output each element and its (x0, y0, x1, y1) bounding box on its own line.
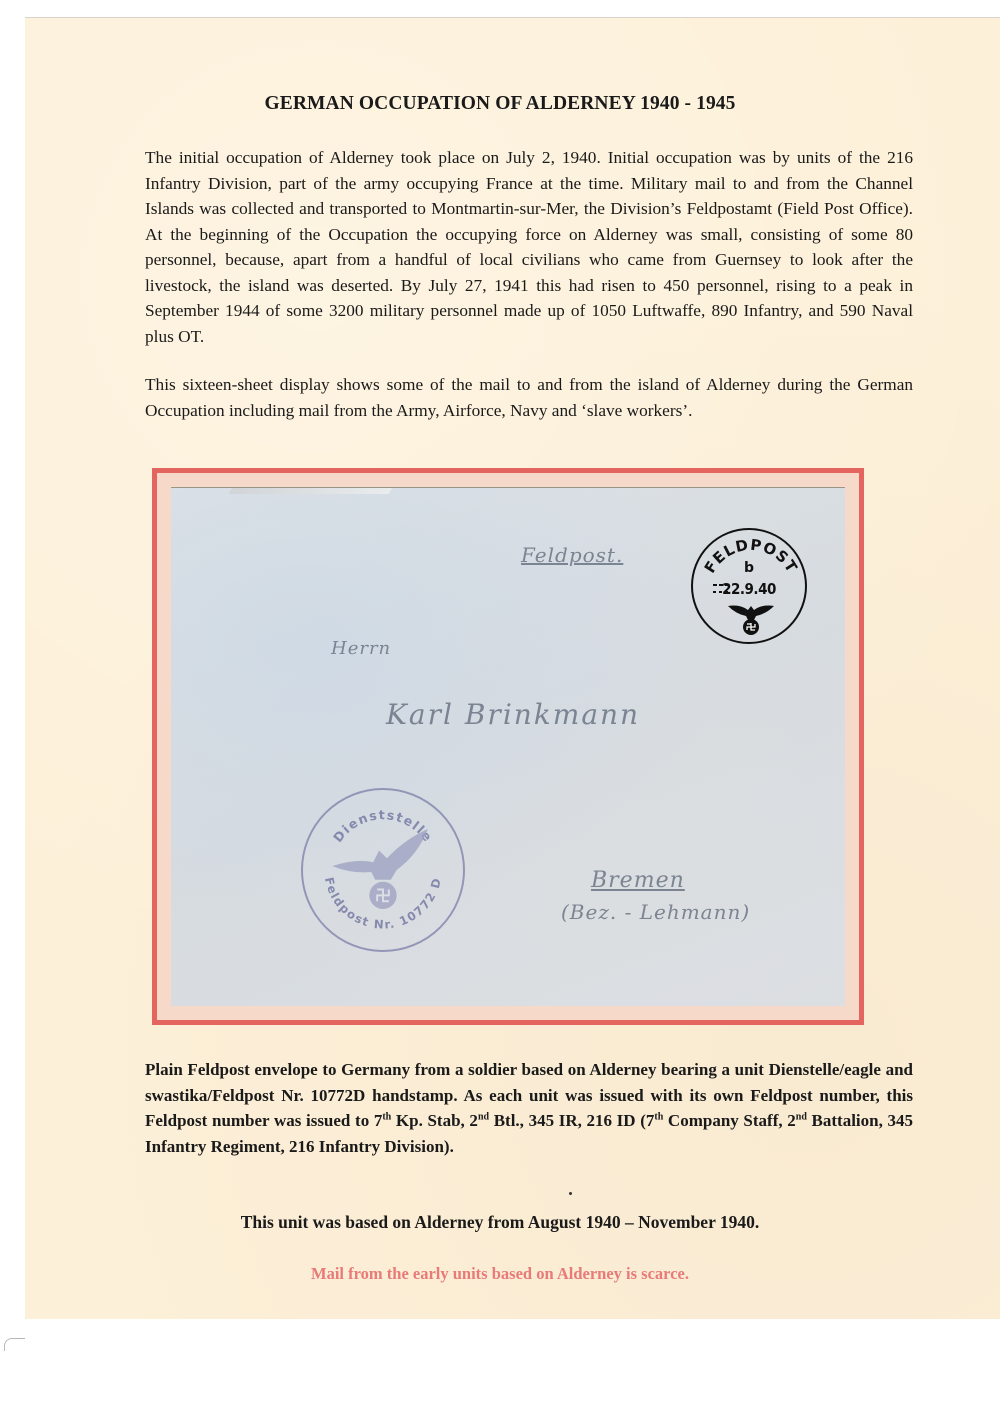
display-description: This sixteen-sheet display shows some of… (145, 372, 913, 423)
feldpost-envelope: Feldpost. Herrn Karl Brinkmann Bremen (B… (171, 487, 845, 1006)
eagle-swastika-icon (726, 600, 776, 636)
dienststelle-handstamp: Dienststelle Feldpost Nr. 10772 D (301, 788, 465, 952)
envelope-mount-frame: Feldpost. Herrn Karl Brinkmann Bremen (B… (152, 468, 864, 1025)
caption-sup: th (654, 1111, 663, 1122)
caption-text: Btl., 345 IR, 216 ID (7 (489, 1111, 654, 1130)
address-district: (Bez. - Lehmann) (561, 900, 750, 924)
caption-text: Company Staff, 2 (663, 1111, 795, 1130)
caption-text: Kp. Stab, 2 (391, 1111, 478, 1130)
caption-sup: th (382, 1111, 391, 1122)
address-salutation: Herrn (331, 638, 391, 659)
manuscript-feldpost: Feldpost. (521, 543, 623, 567)
page-edge-mark (4, 1338, 25, 1351)
feldpost-postmark: FELDPOST b 22.9.40 (691, 528, 807, 644)
envelope-flap-edge (229, 487, 394, 494)
intro-paragraph: The initial occupation of Alderney took … (145, 145, 913, 349)
stray-dot (569, 1192, 572, 1195)
unit-dates-note: This unit was based on Alderney from Aug… (0, 1212, 1000, 1233)
handstamp-artwork: Dienststelle Feldpost Nr. 10772 D (303, 790, 463, 950)
caption-sup: nd (478, 1111, 489, 1122)
page-title: GERMAN OCCUPATION OF ALDERNEY 1940 - 194… (0, 93, 1000, 115)
address-city: Bremen (591, 868, 685, 893)
address-name: Karl Brinkmann (386, 698, 640, 731)
caption-sup: nd (796, 1111, 807, 1122)
scarcity-note: Mail from the early units based on Alder… (0, 1264, 1000, 1284)
envelope-caption: Plain Feldpost envelope to Germany from … (145, 1057, 913, 1159)
postmark-date: 22.9.40 (693, 580, 805, 598)
postmark-letter: b (693, 560, 805, 576)
